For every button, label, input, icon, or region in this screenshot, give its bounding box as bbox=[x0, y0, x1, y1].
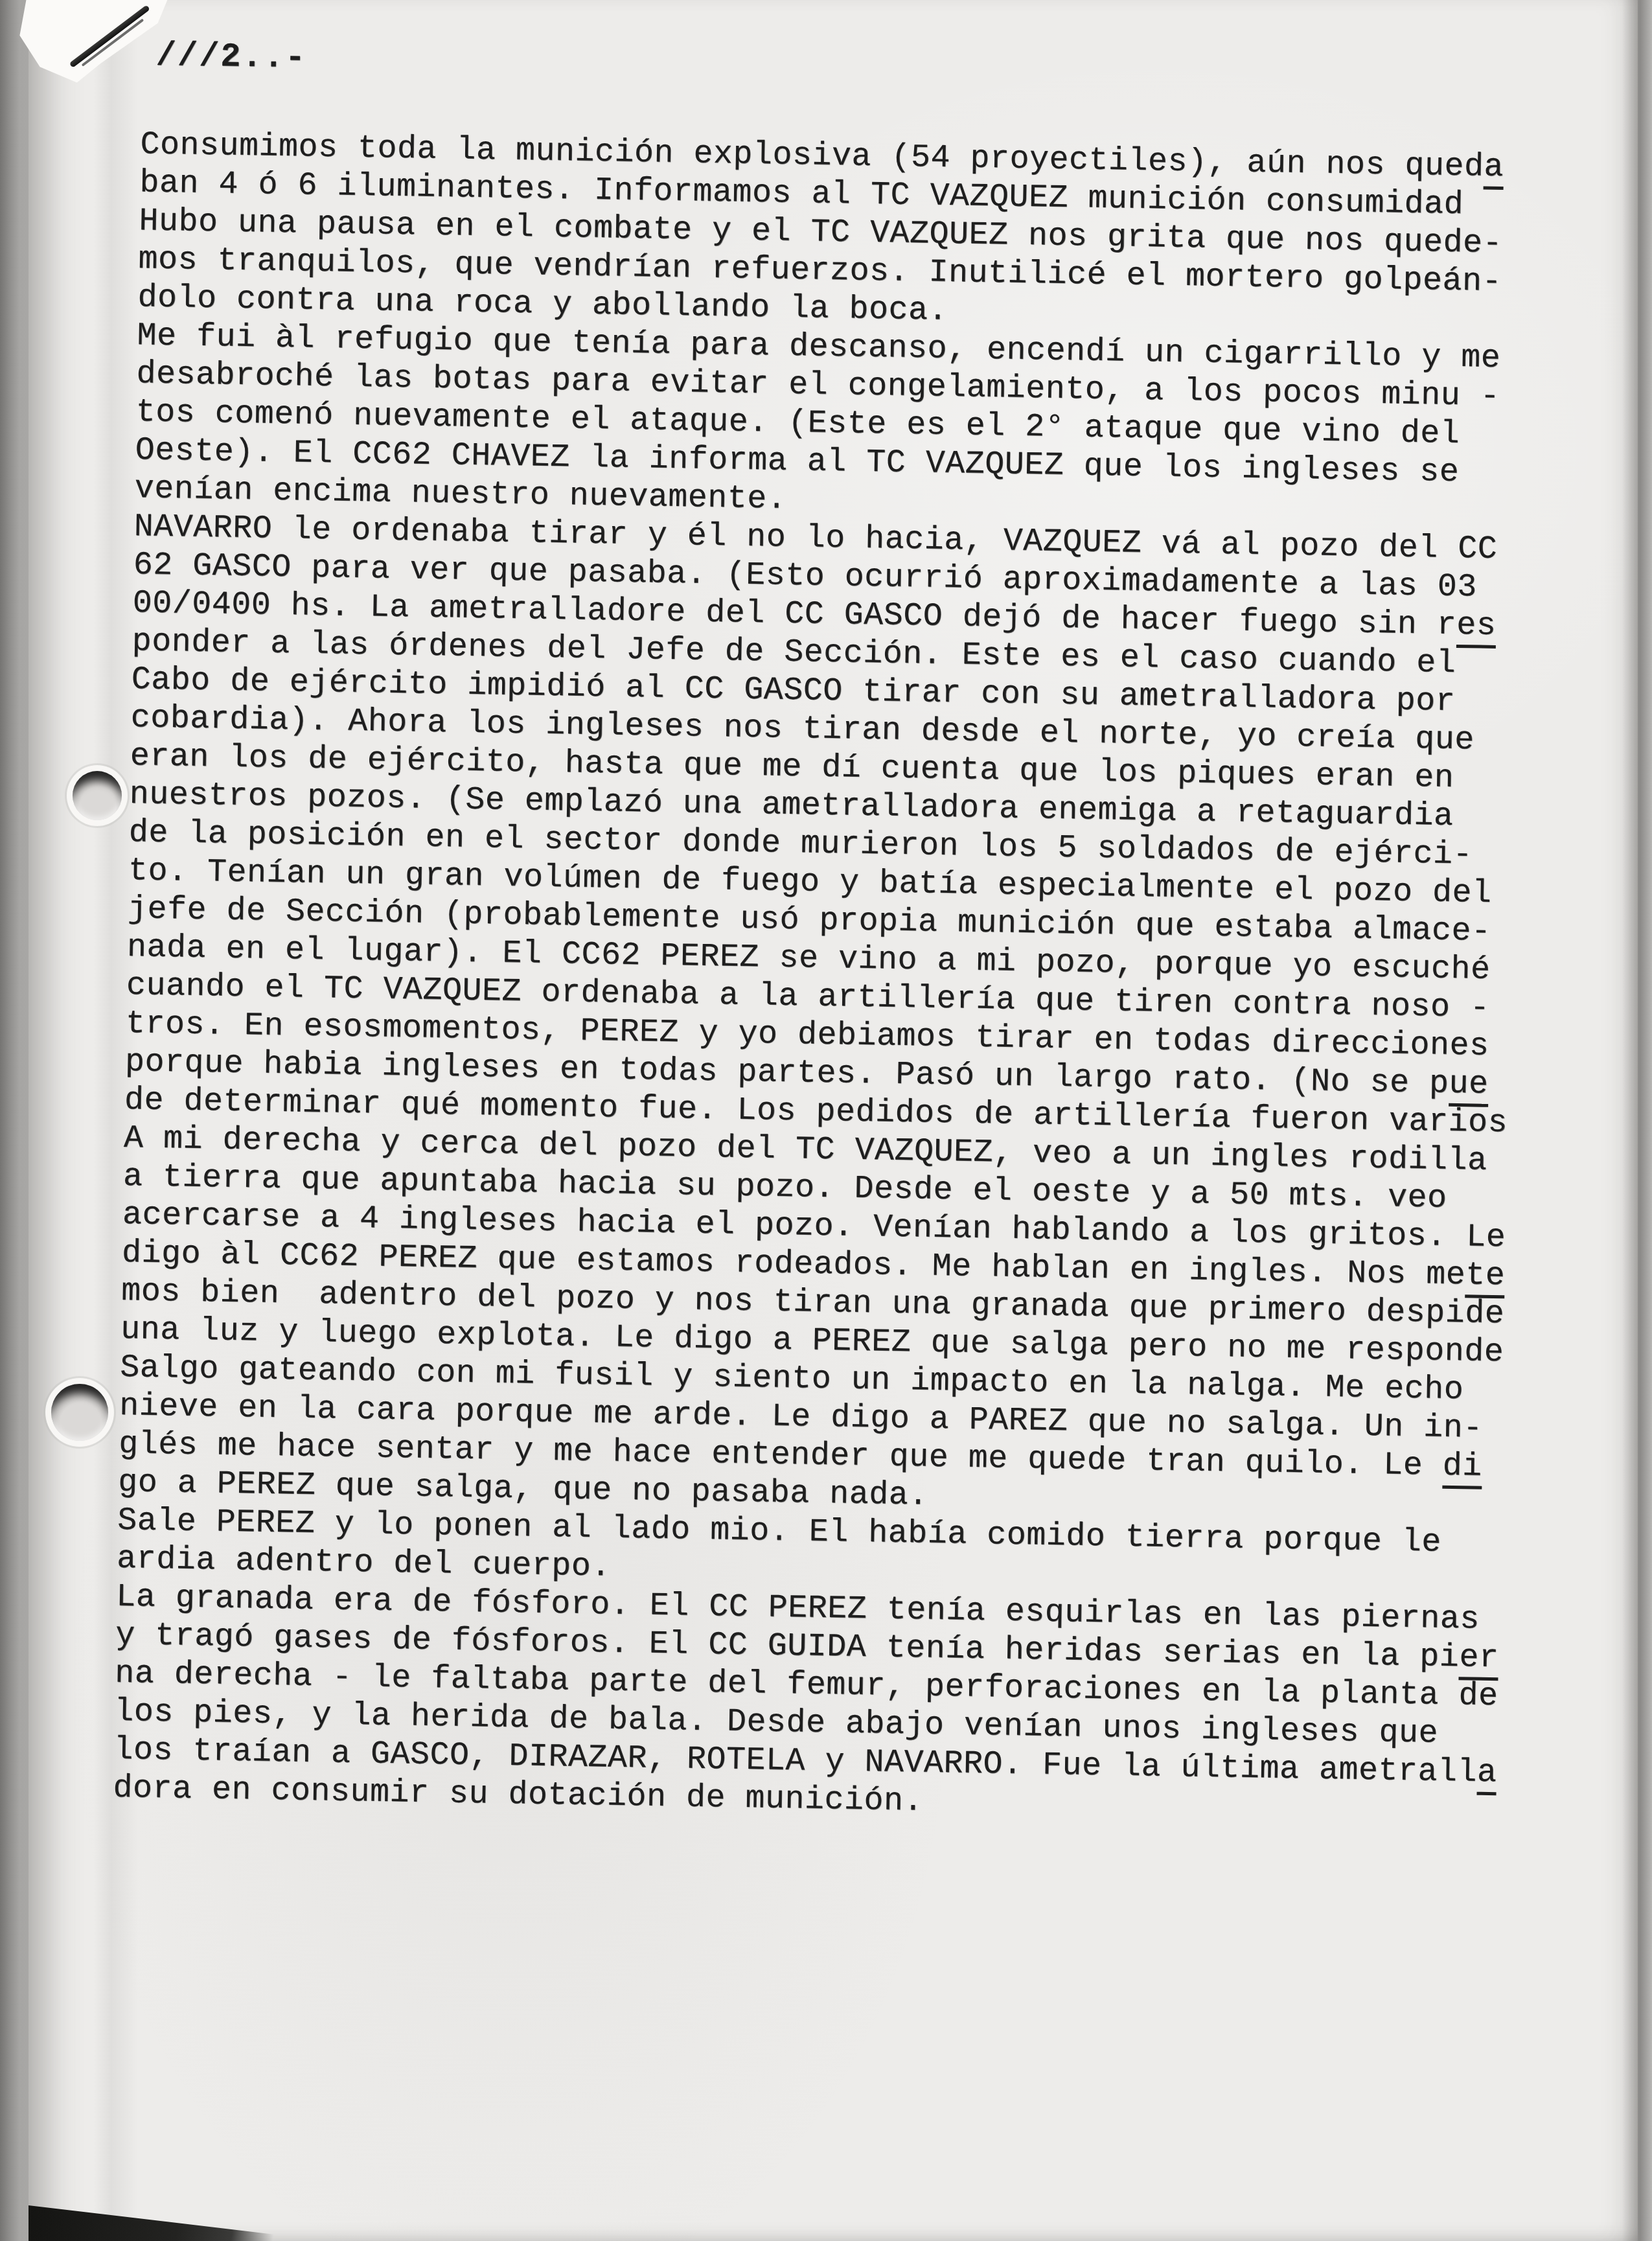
hole-punch-bottom bbox=[51, 1384, 108, 1441]
underlined-continuation: a bbox=[1484, 149, 1504, 190]
staple-bar-shadow bbox=[82, 19, 144, 67]
staple-bar bbox=[69, 5, 150, 67]
underlined-continuation: di bbox=[1442, 1448, 1482, 1489]
hole-punch-top bbox=[73, 771, 122, 820]
underlined-continuation: es bbox=[1456, 607, 1497, 649]
underlined-continuation: a bbox=[1476, 1754, 1497, 1795]
underlined-continuation: er bbox=[1459, 1639, 1499, 1681]
typewritten-text: ///2..- Consumimos toda la munición expl… bbox=[113, 36, 1548, 1831]
page-right-edge bbox=[1622, 0, 1652, 2241]
scanned-document: { "document": { "page_number_header": "/… bbox=[0, 0, 1652, 2241]
underlined-continuation: te bbox=[1465, 1257, 1506, 1298]
document-body: Consumimos toda la munición explosiva (5… bbox=[113, 126, 1546, 1831]
underlined-continuation: ue bbox=[1449, 1066, 1489, 1107]
